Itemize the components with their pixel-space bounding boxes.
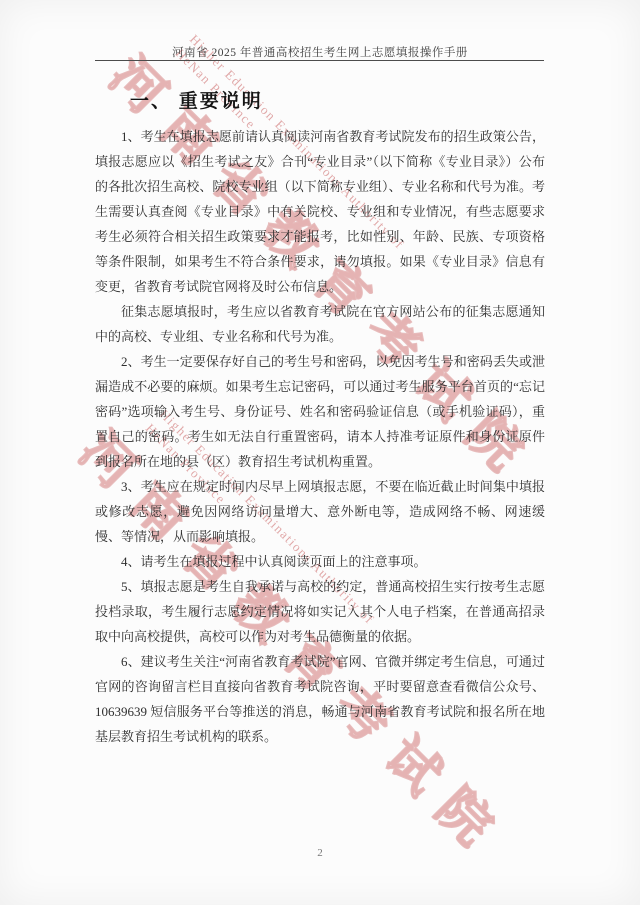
document-body: 1、考生在填报志愿前请认真阅读河南省教育考试院发布的招生政策公告，填报志愿应以《… [95,124,545,749]
paragraph-5: 5、填报志愿是考生自我承诺与高校的约定，普通高校招生实行按考生志愿投档录取，考生… [95,574,545,649]
section-title: 一、 重要说明 [130,86,263,113]
paragraph-6: 6、建议考生关注“河南省教育考试院”官网、官微并绑定考生信息，可通过官网的咨询留… [95,649,545,749]
page-number: 2 [0,847,640,859]
document-page: Higher Education Examinations Authority … [0,0,640,905]
paragraph-3: 3、考生应在规定时间内尽早上网填报志愿，不要在临近截止时间集中填报或修改志愿，避… [95,474,545,549]
header-divider [95,60,544,61]
paragraph-1: 1、考生在填报志愿前请认真阅读河南省教育考试院发布的招生政策公告，填报志愿应以《… [95,124,545,299]
page-header: 河南省 2025 年普通高校招生考生网上志愿填报操作手册 [0,44,640,60]
paragraph-4: 4、请考生在填报过程中认真阅读页面上的注意事项。 [95,549,545,574]
paragraph-1b: 征集志愿填报时，考生应以省教育考试院在官方网站公布的征集志愿通知中的高校、专业组… [95,299,545,349]
paragraph-2: 2、考生一定要保存好自己的考生号和密码，以免因考生号和密码丢失或泄漏造成不必要的… [95,349,545,474]
